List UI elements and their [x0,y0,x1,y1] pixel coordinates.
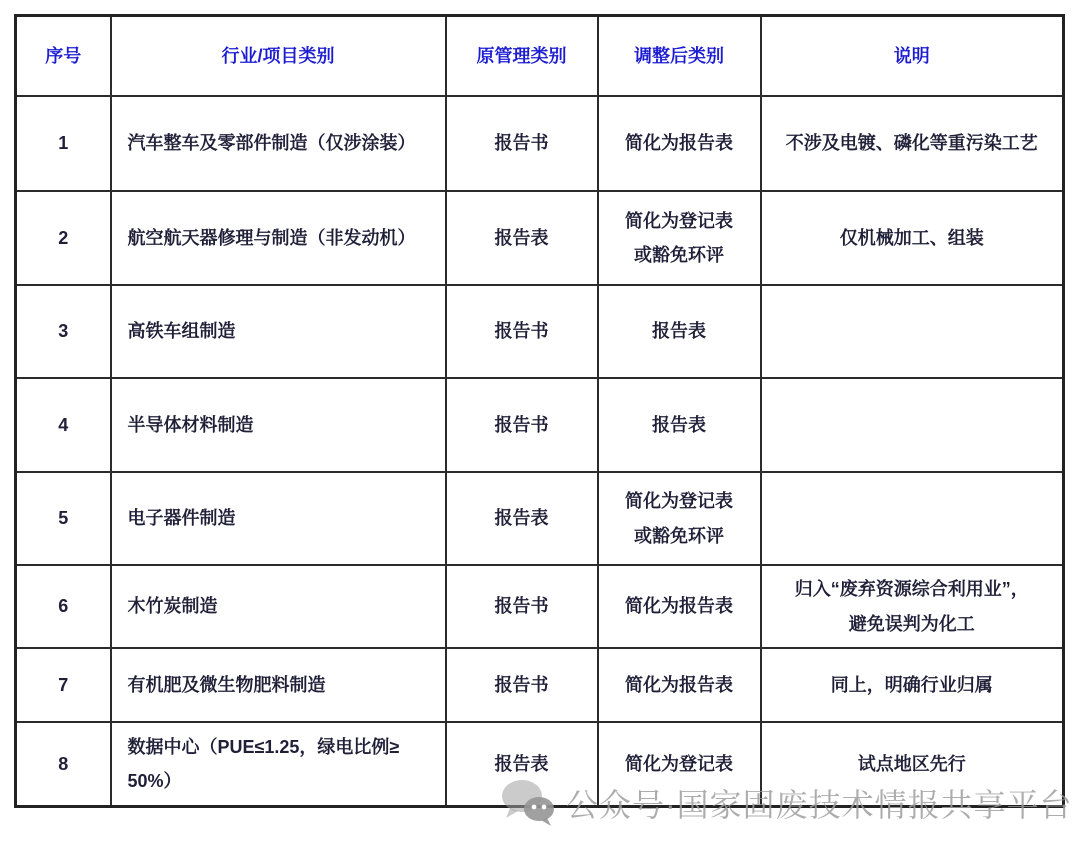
cell-adjusted-category: 简化为登记表 或豁免环评 [598,191,761,285]
cell-adjusted-category: 简化为报告表 [598,648,761,722]
col-header-original-category: 原管理类别 [446,16,598,97]
cell-industry-category: 电子器件制造 [111,472,446,565]
cell-original-category: 报告表 [446,472,598,565]
table-row: 8 数据中心（PUE≤1.25，绿电比例≥ 50%） 报告表 简化为登记表 试点… [16,722,1064,806]
cell-notes: 同上，明确行业归属 [761,648,1064,722]
cell-industry-category: 数据中心（PUE≤1.25，绿电比例≥ 50%） [111,722,446,806]
table-row: 3 高铁车组制造 报告书 报告表 [16,285,1064,378]
col-header-serial-no: 序号 [16,16,111,97]
cell-serial-no: 3 [16,285,111,378]
cell-notes: 归入“废弃资源综合利用业”， 避免误判为化工 [761,565,1064,648]
cell-serial-no: 6 [16,565,111,648]
cell-original-category: 报告书 [446,565,598,648]
cell-industry-category: 有机肥及微生物肥料制造 [111,648,446,722]
cell-serial-no: 5 [16,472,111,565]
cell-notes [761,285,1064,378]
cell-notes [761,378,1064,472]
cell-adjusted-category: 报告表 [598,378,761,472]
col-header-notes: 说明 [761,16,1064,97]
cell-notes: 不涉及电镀、磷化等重污染工艺 [761,96,1064,191]
cell-original-category: 报告书 [446,648,598,722]
cell-adjusted-category: 报告表 [598,285,761,378]
cell-industry-category: 汽车整车及零部件制造（仅涉涂装） [111,96,446,191]
cell-original-category: 报告表 [446,722,598,806]
col-header-industry-category: 行业/项目类别 [111,16,446,97]
col-header-adjusted-category: 调整后类别 [598,16,761,97]
table-row: 6 木竹炭制造 报告书 简化为报告表 归入“废弃资源综合利用业”， 避免误判为化… [16,565,1064,648]
cell-original-category: 报告书 [446,285,598,378]
cell-industry-category: 半导体材料制造 [111,378,446,472]
page: 序号 行业/项目类别 原管理类别 调整后类别 说明 1 汽车整车及零部件制造（仅… [0,0,1080,844]
cell-serial-no: 4 [16,378,111,472]
table-row: 1 汽车整车及零部件制造（仅涉涂装） 报告书 简化为报告表 不涉及电镀、磷化等重… [16,96,1064,191]
cell-serial-no: 1 [16,96,111,191]
cell-serial-no: 8 [16,722,111,806]
cell-adjusted-category: 简化为报告表 [598,96,761,191]
table-header-row: 序号 行业/项目类别 原管理类别 调整后类别 说明 [16,16,1064,97]
cell-adjusted-category: 简化为登记表 或豁免环评 [598,472,761,565]
table-row: 2 航空航天器修理与制造（非发动机） 报告表 简化为登记表 或豁免环评 仅机械加… [16,191,1064,285]
cell-serial-no: 7 [16,648,111,722]
cell-original-category: 报告书 [446,378,598,472]
cell-adjusted-category: 简化为登记表 [598,722,761,806]
cell-industry-category: 高铁车组制造 [111,285,446,378]
cell-industry-category: 航空航天器修理与制造（非发动机） [111,191,446,285]
cell-notes: 试点地区先行 [761,722,1064,806]
table-row: 4 半导体材料制造 报告书 报告表 [16,378,1064,472]
cell-original-category: 报告表 [446,191,598,285]
cell-adjusted-category: 简化为报告表 [598,565,761,648]
eia-category-adjustment-table: 序号 行业/项目类别 原管理类别 调整后类别 说明 1 汽车整车及零部件制造（仅… [14,14,1065,808]
table-row: 7 有机肥及微生物肥料制造 报告书 简化为报告表 同上，明确行业归属 [16,648,1064,722]
cell-original-category: 报告书 [446,96,598,191]
cell-industry-category: 木竹炭制造 [111,565,446,648]
cell-notes [761,472,1064,565]
cell-serial-no: 2 [16,191,111,285]
table-row: 5 电子器件制造 报告表 简化为登记表 或豁免环评 [16,472,1064,565]
cell-notes: 仅机械加工、组装 [761,191,1064,285]
